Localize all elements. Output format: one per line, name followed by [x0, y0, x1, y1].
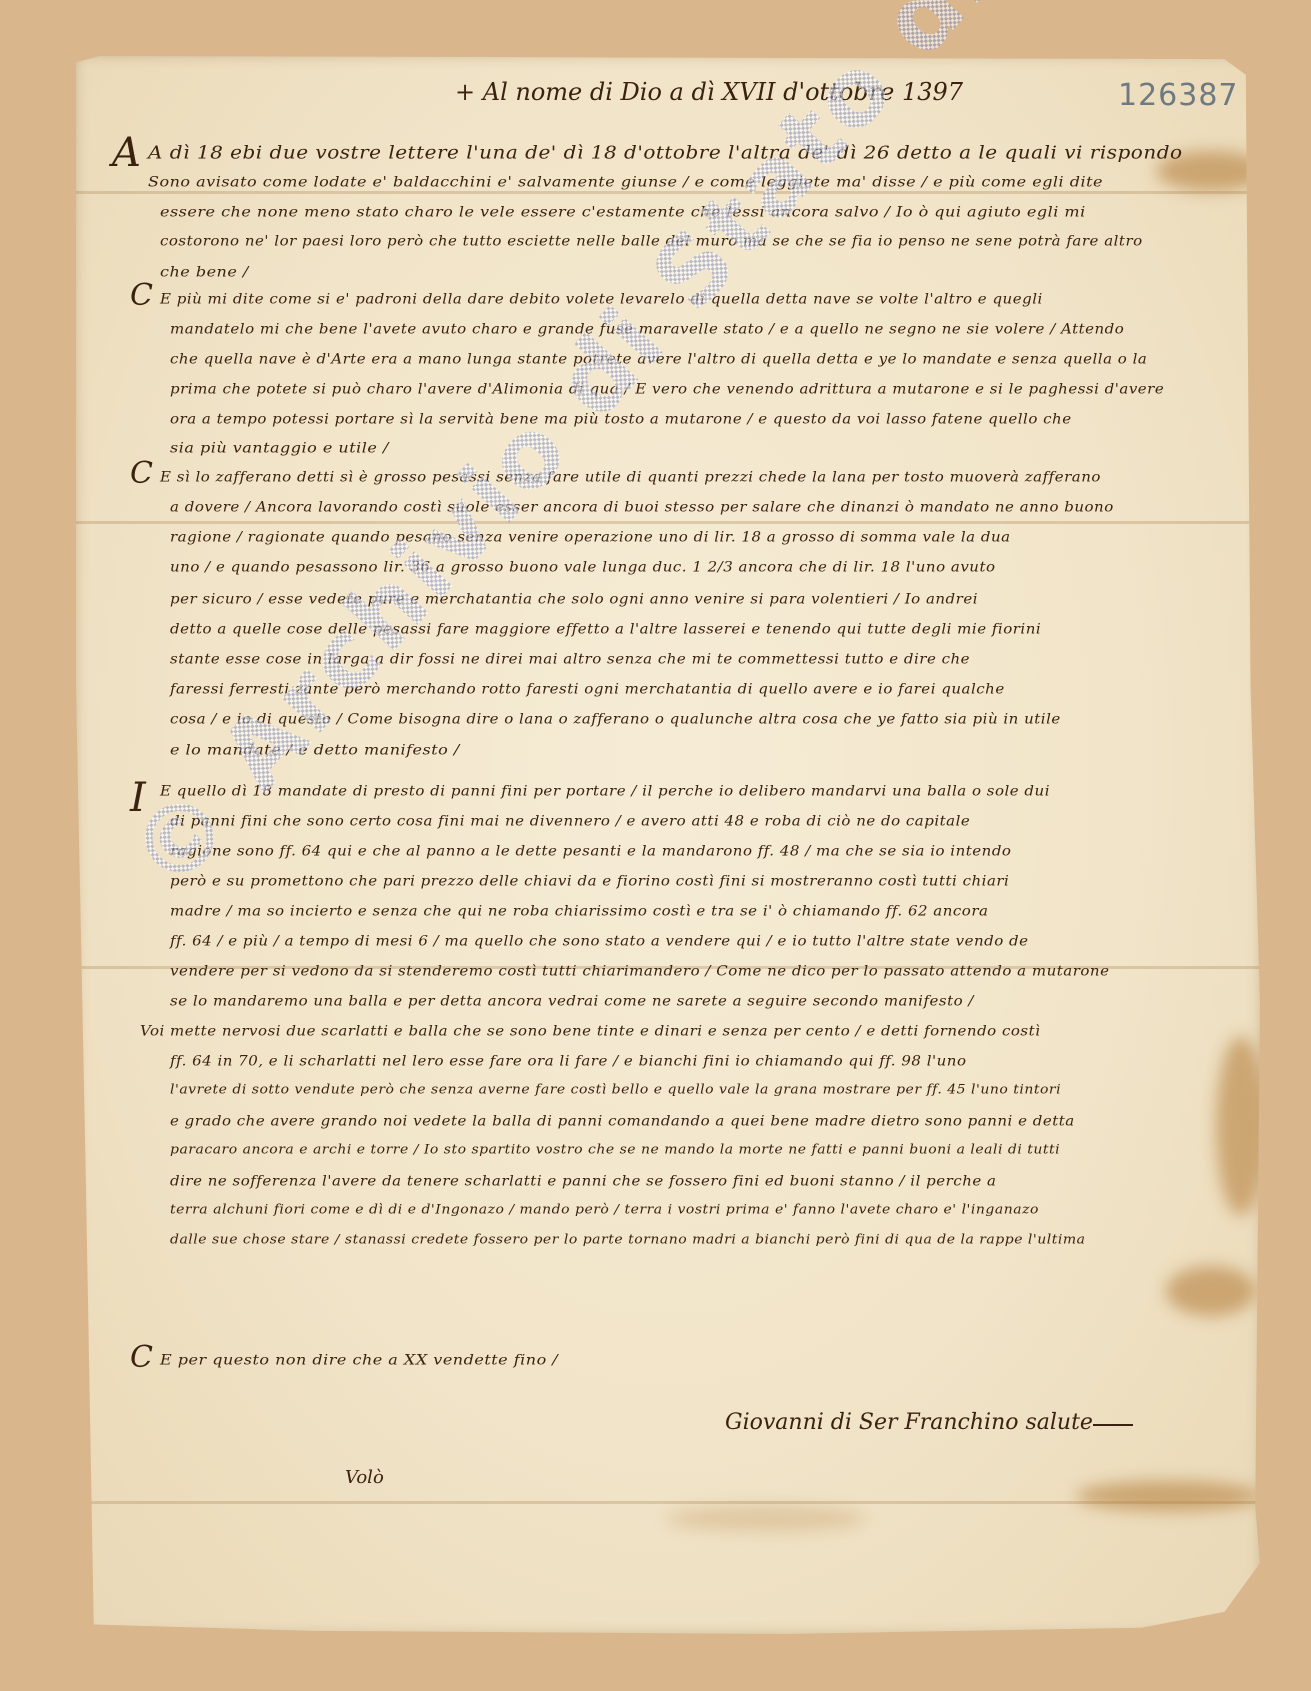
text-line: l'avrete di sotto vendute però che senza… [170, 1083, 1061, 1097]
text-line: A dì 18 ebi due vostre lettere l'una de'… [148, 141, 1183, 163]
text-line: E per questo non dire che a XX vendette … [160, 1351, 558, 1368]
archive-number: 126387 [1118, 78, 1239, 113]
marginal-note: Volò [345, 1467, 384, 1488]
text-line: E più mi dite come si e' padroni della d… [160, 291, 1043, 307]
paragraph-marker: C [130, 456, 153, 491]
paragraph-marker: C [130, 1340, 153, 1375]
fold-crease [76, 191, 1260, 194]
age-stain [1166, 1266, 1256, 1316]
text-line: di panni fini che sono certo cosa fini m… [170, 813, 970, 829]
signature: Giovanni di Ser Franchino salute [725, 1410, 1093, 1435]
text-line: uno / e quando pesassono lir. 36 a gross… [170, 559, 996, 575]
text-line: essere che none meno stato charo le vele… [160, 203, 1086, 220]
text-line: Voi mette nervosi due scarlatti e balla … [140, 1023, 1040, 1039]
text-line: E sì lo zafferano detti sì è grosso pesa… [160, 469, 1101, 485]
text-line: dalle sue chose stare / stanassi credete… [170, 1233, 1085, 1247]
text-line: stante esse cose in larga a dir fossi ne… [170, 651, 970, 667]
text-line: che bene / [160, 263, 249, 280]
fold-crease [76, 521, 1260, 524]
text-line: ff. 64 / e più / a tempo di mesi 6 / ma … [170, 933, 1029, 949]
text-line: cosa / e io di questo / Come bisogna dir… [170, 711, 1061, 727]
text-line: dire ne sofferenza l'avere da tenere sch… [170, 1173, 996, 1189]
text-line: faressi ferresti zante però merchando ro… [170, 681, 1005, 697]
text-line: e lo mandate / e detto manifesto / [170, 741, 460, 758]
text-line: prima che potete si può charo l'avere d'… [170, 381, 1164, 397]
letter-heading: + Al nome di Dio a dì XVII d'ottobre 139… [455, 78, 963, 106]
text-line: mandatelo mi che bene l'avete avuto char… [170, 321, 1124, 337]
text-line: ff. 64 in 70, e li scharlatti nel lero e… [170, 1053, 966, 1069]
text-line: e grado che avere grando noi vedete la b… [170, 1113, 1075, 1129]
text-line: sia più vantaggio e utile / [170, 439, 389, 456]
text-line: detto a quelle cose delle pesassi fare m… [170, 621, 1041, 637]
text-line: ragione / ragionate quando pesano senza … [170, 529, 1011, 545]
paragraph-marker: C [130, 278, 153, 313]
paragraph-marker: A [112, 130, 141, 176]
age-stain [666, 1506, 866, 1531]
text-line: Sono avisato come lodate e' baldacchini … [148, 173, 1103, 190]
text-line: costorono ne' lor paesi loro però che tu… [160, 233, 1143, 249]
text-line: per sicuro / esse vedete pure e merchata… [170, 591, 978, 607]
age-stain [1076, 1481, 1261, 1511]
text-line: madre / ma so incierto e senza che qui n… [170, 903, 988, 919]
age-stain [1216, 1036, 1266, 1216]
text-line: ora a tempo potessi portare sì la servit… [170, 411, 1072, 427]
text-line: se lo mandaremo una balla e per detta an… [170, 993, 974, 1009]
text-line: vendere per si vedono da si stenderemo c… [170, 963, 1109, 979]
text-line: paracaro ancora e archi e torre / Io sto… [170, 1143, 1060, 1157]
paragraph-marker: I [130, 775, 146, 821]
text-line: ragione sono ff. 64 qui e che al panno a… [170, 843, 1011, 859]
text-line: che quella nave è d'Arte era a mano lung… [170, 351, 1147, 367]
text-line: E quello dì 18 mandate di presto di pann… [160, 783, 1050, 799]
text-line: però e su promettono che pari prezzo del… [170, 873, 1009, 889]
text-line: a dovere / Ancora lavorando costì suole … [170, 499, 1114, 515]
text-line: terra alchuni fiori come e dì di e d'Ing… [170, 1203, 1039, 1217]
